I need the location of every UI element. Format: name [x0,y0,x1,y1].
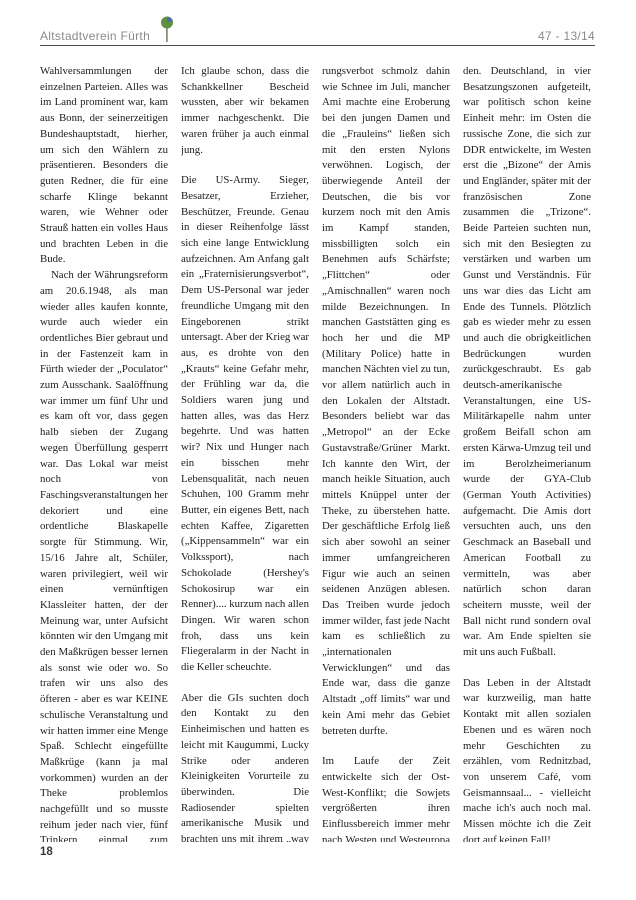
paragraph: Im Laufe der Zeit entwickelte sich der O… [322,754,450,842]
text-column-2: Ich glaube schon, dass die Schankkellner… [181,64,309,842]
header-page-ref: 47 - 13/14 [538,29,595,44]
text-column-3: rungsverbot schmolz dahin wie Schnee im … [322,64,450,842]
tree-logo-icon [160,16,174,46]
paragraph: rungsverbot schmolz dahin wie Schnee im … [322,64,450,739]
paragraph: Aber die GIs suchten doch den Kontakt zu… [181,691,309,842]
paragraph: Wahlversammlungen der einzelnen Parteien… [40,64,168,268]
page-number: 18 [40,846,53,858]
document-page: Altstadtverein Fürth 47 - 13/14 Wahlvers… [0,0,636,900]
page-header: Altstadtverein Fürth 47 - 13/14 [40,20,595,44]
header-title: Altstadtverein Fürth [40,29,150,44]
paragraph: Ich glaube schon, dass die Schankkellner… [181,64,309,158]
paragraph: Die US-Army. Sieger, Besatzer, Erzieher,… [181,173,309,676]
paragraph: Nach der Währungsreform am 20.6.1948, al… [40,268,168,842]
article-body: Wahlversammlungen der einzelnen Parteien… [40,64,591,842]
header-rule [40,45,595,46]
paragraph: den. Deutschland, in vier Besatzungszone… [463,64,591,661]
page-footer: 18 [40,846,53,858]
text-column-4: den. Deutschland, in vier Besatzungszone… [463,64,591,842]
paragraph: Das Leben in der Altstadt war kurzweilig… [463,676,591,842]
text-column-1: Wahlversammlungen der einzelnen Parteien… [40,64,168,842]
